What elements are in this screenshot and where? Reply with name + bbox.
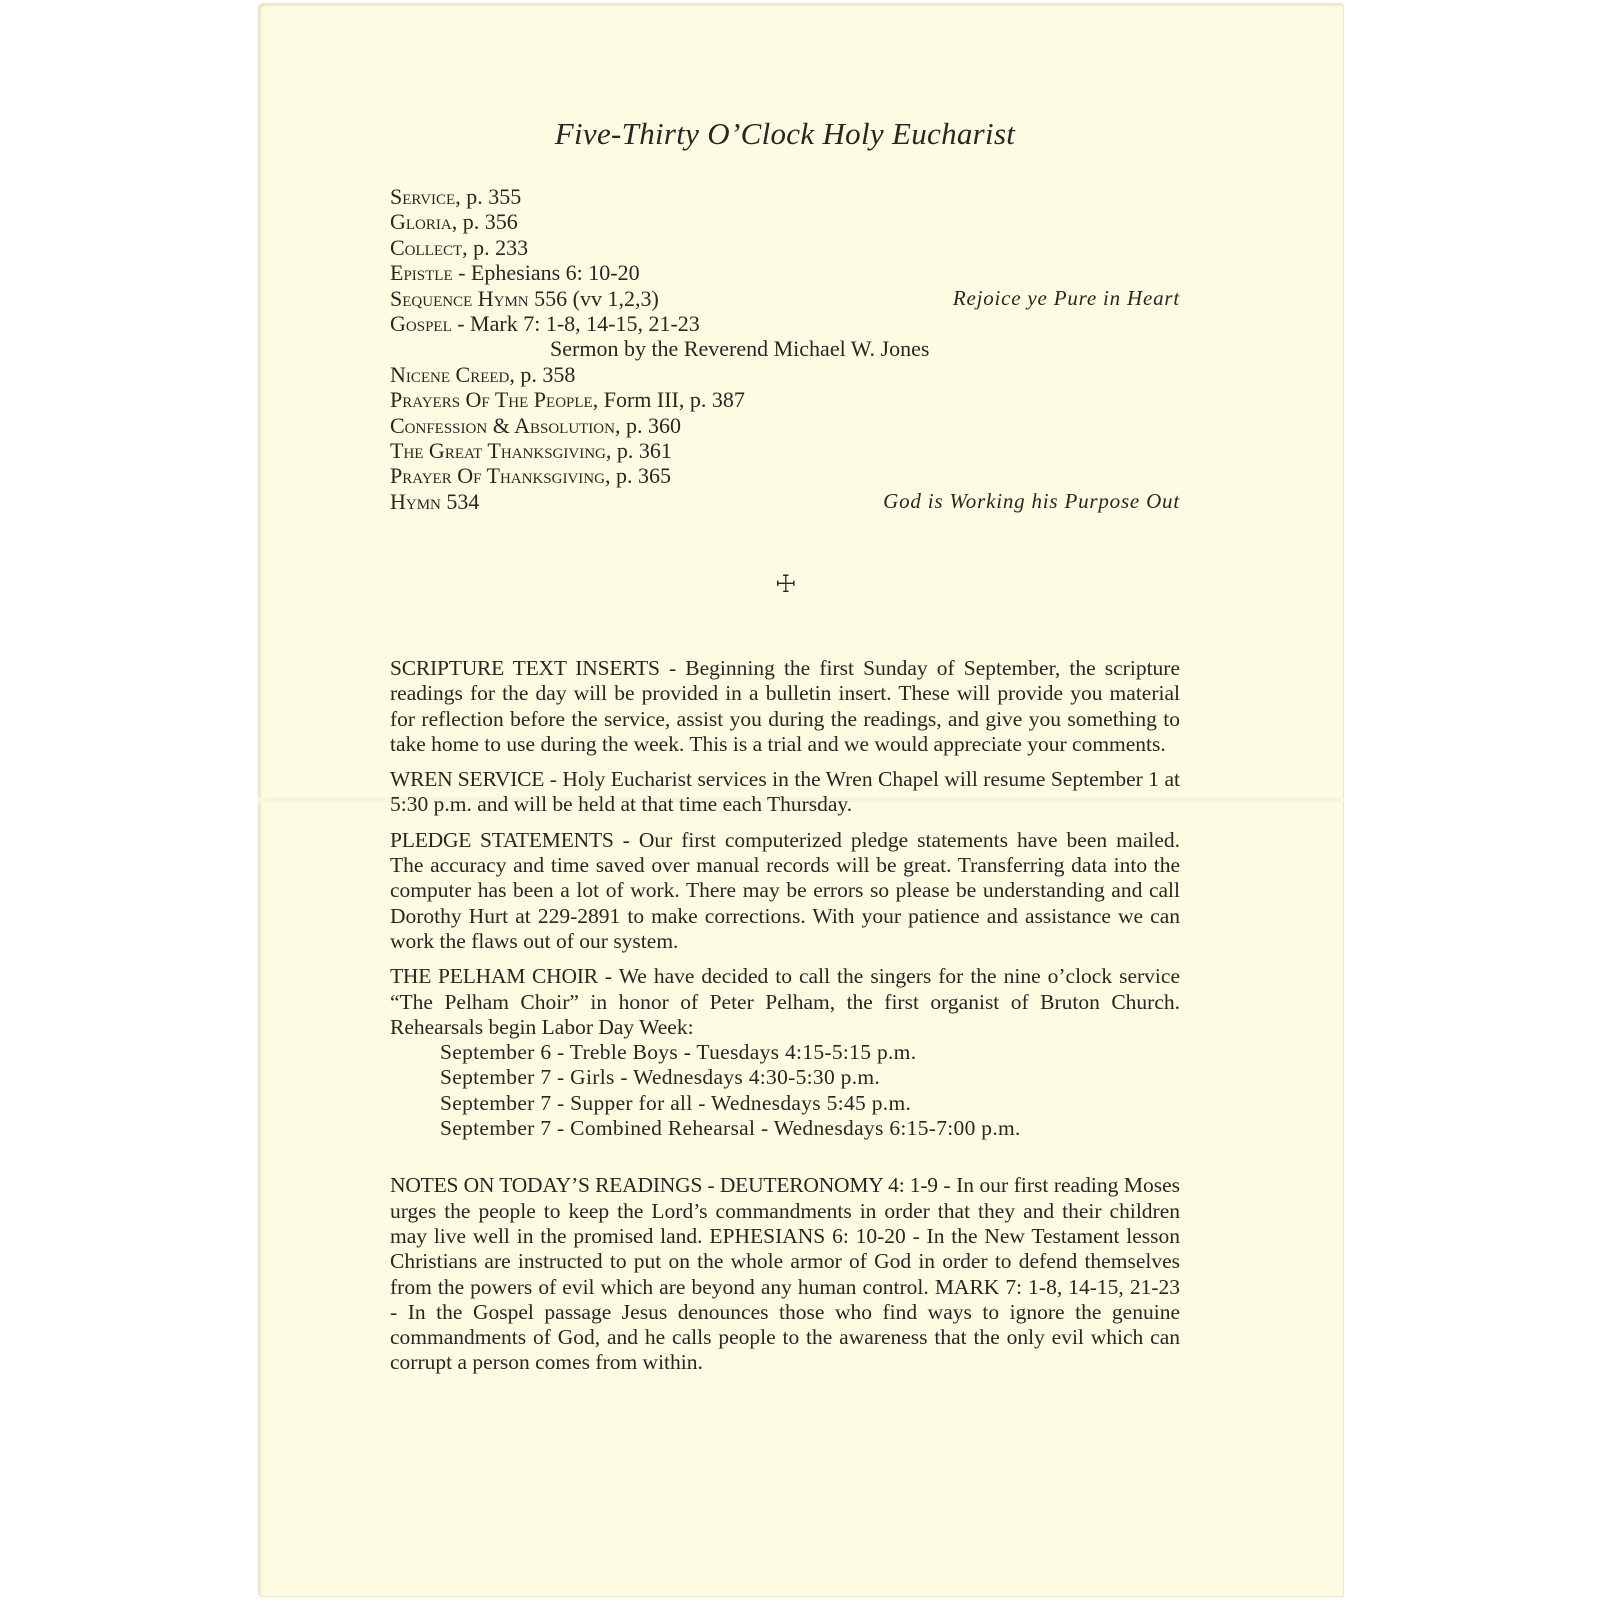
service-item: Sequence Hymn 556 (vv 1,2,3)Rejoice ye P… — [390, 286, 1180, 311]
schedule-item: September 7 - Supper for all - Wednesday… — [440, 1091, 1180, 1116]
service-item-label: Service — [390, 184, 455, 209]
service-item-label: Gospel — [390, 311, 452, 336]
service-item-label: Prayer Of Thanksgiving — [390, 463, 605, 488]
notice-paragraph: NOTES ON TODAY’S READINGS - DEUTERONOMY … — [390, 1173, 1180, 1375]
service-item-label: Hymn — [390, 489, 441, 514]
notice-heading: PLEDGE STATEMENTS — [390, 828, 614, 852]
service-item-label: Collect — [390, 235, 462, 260]
service-item: Nicene Creed, p. 358 — [390, 362, 1180, 387]
service-item: Epistle - Ephesians 6: 10-20 — [390, 260, 1180, 285]
notice-paragraph: WREN SERVICE - Holy Eucharist services i… — [390, 767, 1180, 818]
announcements: SCRIPTURE TEXT INSERTS - Beginning the f… — [390, 656, 1180, 1386]
service-item-detail: 556 (vv 1,2,3) — [529, 286, 659, 311]
notice-heading: NOTES ON TODAY’S READINGS - DEUTERONOMY … — [390, 1173, 938, 1197]
notice-heading: THE PELHAM CHOIR — [390, 964, 598, 988]
service-item-label: Sequence Hymn — [390, 286, 529, 311]
schedule-item: September 7 - Combined Rehearsal - Wedne… — [440, 1116, 1180, 1141]
service-item-label: Epistle — [390, 260, 453, 285]
service-item: The Great Thanksgiving, p. 361 — [390, 438, 1180, 463]
service-item-label: Gloria — [390, 209, 452, 234]
page-title: Five-Thirty O’Clock Holy Eucharist — [390, 116, 1180, 152]
notice-paragraph: THE PELHAM CHOIR - We have decided to ca… — [390, 964, 1180, 1141]
order-of-service: Service, p. 355Gloria, p. 356Collect, p.… — [390, 184, 1180, 514]
service-item: Gloria, p. 356 — [390, 209, 1180, 234]
service-item-label: Prayers Of The People — [390, 387, 593, 412]
service-item: Collect, p. 233 — [390, 235, 1180, 260]
service-item-label: Confession & Absolution — [390, 413, 615, 438]
service-item-detail: , Form III, p. 387 — [593, 387, 745, 412]
service-item: Sermon by the Reverend Michael W. Jones — [390, 336, 1180, 361]
notice-paragraph: SCRIPTURE TEXT INSERTS - Beginning the f… — [390, 656, 1180, 757]
service-item-label: Nicene Creed — [390, 362, 509, 387]
service-item: Prayer Of Thanksgiving, p. 365 — [390, 463, 1180, 488]
service-item-detail: - Ephesians 6: 10-20 — [453, 260, 640, 285]
service-item-detail: - Mark 7: 1-8, 14-15, 21-23 — [452, 311, 700, 336]
service-item-detail: , p. 360 — [615, 413, 681, 438]
service-item: Confession & Absolution, p. 360 — [390, 413, 1180, 438]
service-item-detail: , p. 358 — [509, 362, 575, 387]
service-item-detail: , p. 356 — [452, 209, 518, 234]
schedule-item: September 7 - Girls - Wednesdays 4:30-5:… — [440, 1065, 1180, 1090]
service-item-detail: , p. 365 — [605, 463, 671, 488]
service-item-detail: , p. 361 — [606, 438, 672, 463]
schedule-item: September 6 - Treble Boys - Tuesdays 4:1… — [440, 1040, 1180, 1065]
service-item-label: The Great Thanksgiving — [390, 438, 606, 463]
notice-heading: SCRIPTURE TEXT INSERTS — [390, 656, 660, 680]
notice-body: - In our first reading Moses urges the p… — [390, 1173, 1180, 1374]
service-item: Hymn 534God is Working his Purpose Out — [390, 489, 1180, 514]
rehearsal-schedule: September 6 - Treble Boys - Tuesdays 4:1… — [390, 1040, 1180, 1141]
service-item: Service, p. 355 — [390, 184, 1180, 209]
hymn-title: Rejoice ye Pure in Heart — [953, 286, 1180, 311]
service-item: Prayers Of The People, Form III, p. 387 — [390, 387, 1180, 412]
sermon-line: Sermon by the Reverend Michael W. Jones — [390, 336, 929, 361]
service-item-detail: , p. 355 — [455, 184, 521, 209]
cross-pattee-icon: ☩ — [775, 573, 797, 597]
service-item: Gospel - Mark 7: 1-8, 14-15, 21-23 — [390, 311, 1180, 336]
spacer — [390, 1151, 1180, 1173]
service-item-detail: , p. 233 — [462, 235, 528, 260]
service-item-detail: 534 — [441, 489, 480, 514]
hymn-title: God is Working his Purpose Out — [883, 489, 1180, 514]
notice-heading: WREN SERVICE — [390, 767, 544, 791]
notice-paragraph: PLEDGE STATEMENTS - Our first computeriz… — [390, 828, 1180, 954]
